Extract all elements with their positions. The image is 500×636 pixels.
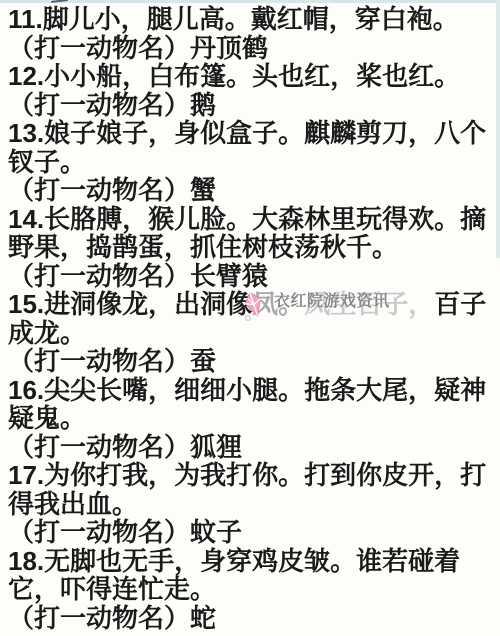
riddle-14-text: 14.长胳膊，猴儿脸。大森林里玩得欢。摘野果，捣鹊蛋，抓住树枝荡秋千。: [8, 205, 500, 262]
answer-text: 长臂猿: [190, 261, 268, 291]
riddle-text-segment-faded: 凤生百子，: [304, 289, 434, 319]
riddle-text: 脚儿小，腿儿高。戴红帽，穿白袍。: [43, 4, 459, 34]
riddle-text-segment-faded: 凤。: [252, 289, 304, 319]
riddle-text: 娘子娘子，身似盒子。麒麟剪刀，八个钗子。: [8, 118, 486, 177]
answer-prefix: （打一动物名）: [8, 517, 190, 547]
riddle-number: 18.: [8, 546, 44, 576]
answer-text: 蚕: [190, 346, 216, 376]
top-edge-strip: [0, 0, 500, 3]
answer-prefix: （打一动物名）: [8, 261, 190, 291]
riddle-18-text: 18.无脚也无手，身穿鸡皮皱。谁若碰着它，吓得连忙走。: [8, 547, 500, 604]
riddle-text: 小小船，白布篷。头也红，桨也红。: [44, 61, 460, 91]
riddle-text: 长胳膊，猴儿脸。大森林里玩得欢。摘野果，捣鹊蛋，抓住树枝荡秋千。: [8, 204, 486, 263]
answer-prefix: （打一动物名）: [8, 33, 190, 63]
riddle-16-text: 16.尖尖长嘴，细细小腿。拖条大尾，疑神疑鬼。: [8, 376, 500, 433]
riddle-list: 11.脚儿小，腿儿高。戴红帽，穿白袍。 （打一动物名）丹顶鹤 12.小小船，白布…: [0, 5, 500, 632]
riddle-number: 12.: [8, 61, 44, 91]
riddle-text-segment: 进洞像龙，出洞像: [44, 289, 252, 319]
riddle-13-text: 13.娘子娘子，身似盒子。麒麟剪刀，八个钗子。: [8, 119, 500, 176]
answer-prefix: （打一动物名）: [8, 603, 190, 633]
riddle-12-text: 12.小小船，白布篷。头也红，桨也红。: [8, 62, 500, 91]
riddle-number: 11.: [8, 4, 43, 34]
riddle-16-answer: （打一动物名）狐狸: [8, 433, 500, 462]
riddle-15-answer: （打一动物名）蚕: [8, 347, 500, 376]
answer-text: 蚊子: [190, 517, 242, 547]
riddle-page: { "page": { "bg_color": "#fdfdf9", "top_…: [0, 0, 500, 636]
riddle-text: 尖尖长嘴，细细小腿。拖条大尾，疑神疑鬼。: [8, 375, 486, 434]
riddle-number: 14.: [8, 204, 44, 234]
riddle-number: 15.: [8, 289, 44, 319]
answer-prefix: （打一动物名）: [8, 432, 190, 462]
riddle-15-text: 15.进洞像龙，出洞像凤。凤生百子，百子成龙。: [8, 290, 500, 347]
riddle-12-answer: （打一动物名）鹅: [8, 91, 500, 120]
answer-text: 狐狸: [190, 432, 242, 462]
answer-prefix: （打一动物名）: [8, 175, 190, 205]
riddle-number: 17.: [8, 460, 44, 490]
riddle-11-text: 11.脚儿小，腿儿高。戴红帽，穿白袍。: [8, 5, 500, 34]
riddle-number: 13.: [8, 118, 44, 148]
answer-prefix: （打一动物名）: [8, 90, 190, 120]
answer-text: 丹顶鹤: [190, 33, 268, 63]
answer-prefix: （打一动物名）: [8, 346, 190, 376]
answer-text: 鹅: [190, 90, 216, 120]
answer-text: 蛇: [190, 603, 216, 633]
riddle-13-answer: （打一动物名）蟹: [8, 176, 500, 205]
riddle-17-text: 17.为你打我，为我打你。打到你皮开，打得我出血。: [8, 461, 500, 518]
riddle-17-answer: （打一动物名）蚊子: [8, 518, 500, 547]
riddle-text: 为你打我，为我打你。打到你皮开，打得我出血。: [8, 460, 486, 519]
riddle-14-answer: （打一动物名）长臂猿: [8, 262, 500, 291]
riddle-11-answer: （打一动物名）丹顶鹤: [8, 34, 500, 63]
riddle-number: 16.: [8, 375, 44, 405]
answer-text: 蟹: [190, 175, 216, 205]
riddle-text: 无脚也无手，身穿鸡皮皱。谁若碰着它，吓得连忙走。: [8, 546, 460, 605]
riddle-18-answer: （打一动物名）蛇: [8, 604, 500, 633]
